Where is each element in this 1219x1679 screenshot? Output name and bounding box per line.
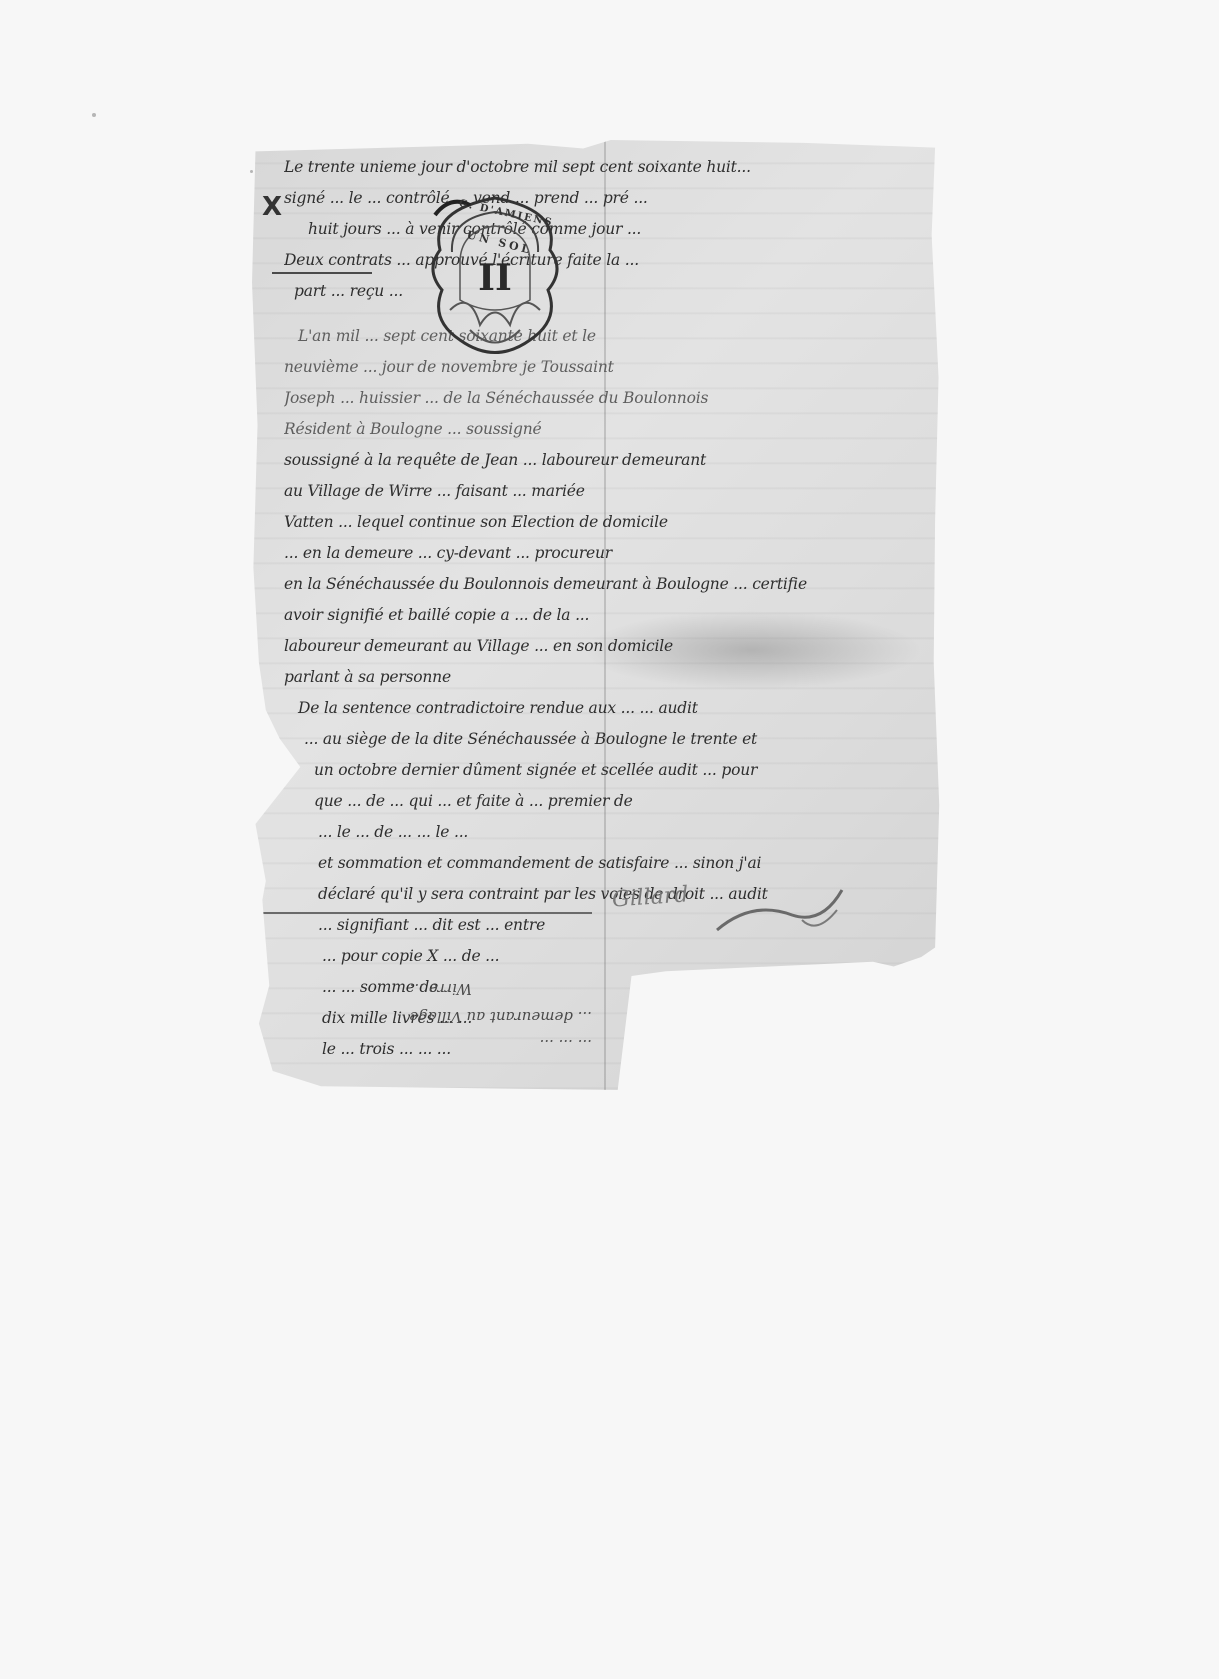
text-line: part ... reçu ...: [284, 276, 924, 307]
text-line: ... pour copie X ... de ...: [284, 941, 924, 972]
tax-stamp-seal-icon: II G. D'AMIENS UN SOL: [420, 190, 570, 360]
text-line: Joseph ... huissier ... de la Sénéchauss…: [284, 383, 924, 414]
text-line: signé ... le ... contrôlé ... vend ... p…: [284, 183, 924, 214]
text-line: en la Sénéchaussée du Boulonnois demeura…: [284, 569, 924, 600]
endorsement-line: ... ... ...: [292, 1031, 592, 1059]
margin-cross-mark: X: [262, 192, 282, 222]
text-line: L'an mil ... sept cent soixante huit et …: [284, 321, 924, 352]
upside-down-endorsement: ... ... ... ... demeurant au Village Wir…: [292, 975, 592, 1059]
text-line: ... au siège de la dite Sénéchaussée à B…: [284, 724, 924, 755]
text-line: Résident à Boulogne ... soussigné: [284, 414, 924, 445]
separator-rule: [272, 272, 372, 274]
endorsement-line: ... demeurant au Village: [292, 1003, 592, 1031]
text-line: neuvième ... jour de novembre je Toussai…: [284, 352, 924, 383]
manuscript-page: Le trente unieme jour d'octobre mil sept…: [252, 140, 942, 1090]
separator-rule: [262, 912, 592, 914]
scan-speck: [92, 113, 96, 117]
text-line: au Village de Wirre ... faisant ... mari…: [284, 476, 924, 507]
text-line: Deux contrats ... approuvé l'écriture fa…: [284, 245, 924, 276]
text-line: un octobre dernier dûment signée et scel…: [284, 755, 924, 786]
text-line: soussigné à la requête de Jean ... labou…: [284, 445, 924, 476]
scan-speck: [250, 170, 253, 173]
text-line: De la sentence contradictoire rendue aux…: [284, 693, 924, 724]
text-line: Vatten ... lequel continue son Election …: [284, 507, 924, 538]
endorsement-line: Wirre ...: [292, 975, 592, 1003]
text-line: que ... de ... qui ... et faite à ... pr…: [284, 786, 924, 817]
text-line: et sommation et commandement de satisfai…: [284, 848, 924, 879]
text-line: parlant à sa personne: [284, 662, 924, 693]
signature-flourish-icon: [712, 880, 852, 940]
text-line: ... en la demeure ... cy-devant ... proc…: [284, 538, 924, 569]
text-line: laboureur demeurant au Village ... en so…: [284, 631, 924, 662]
text-line: avoir signifié et baillé copie a ... de …: [284, 600, 924, 631]
text-line: Le trente unieme jour d'octobre mil sept…: [284, 152, 924, 183]
svg-text:II: II: [478, 257, 512, 299]
text-line: huit jours ... à venir contrôlé comme jo…: [284, 214, 924, 245]
text-line: ... le ... de ... ... le ...: [284, 817, 924, 848]
signature: Gillard: [611, 882, 689, 912]
